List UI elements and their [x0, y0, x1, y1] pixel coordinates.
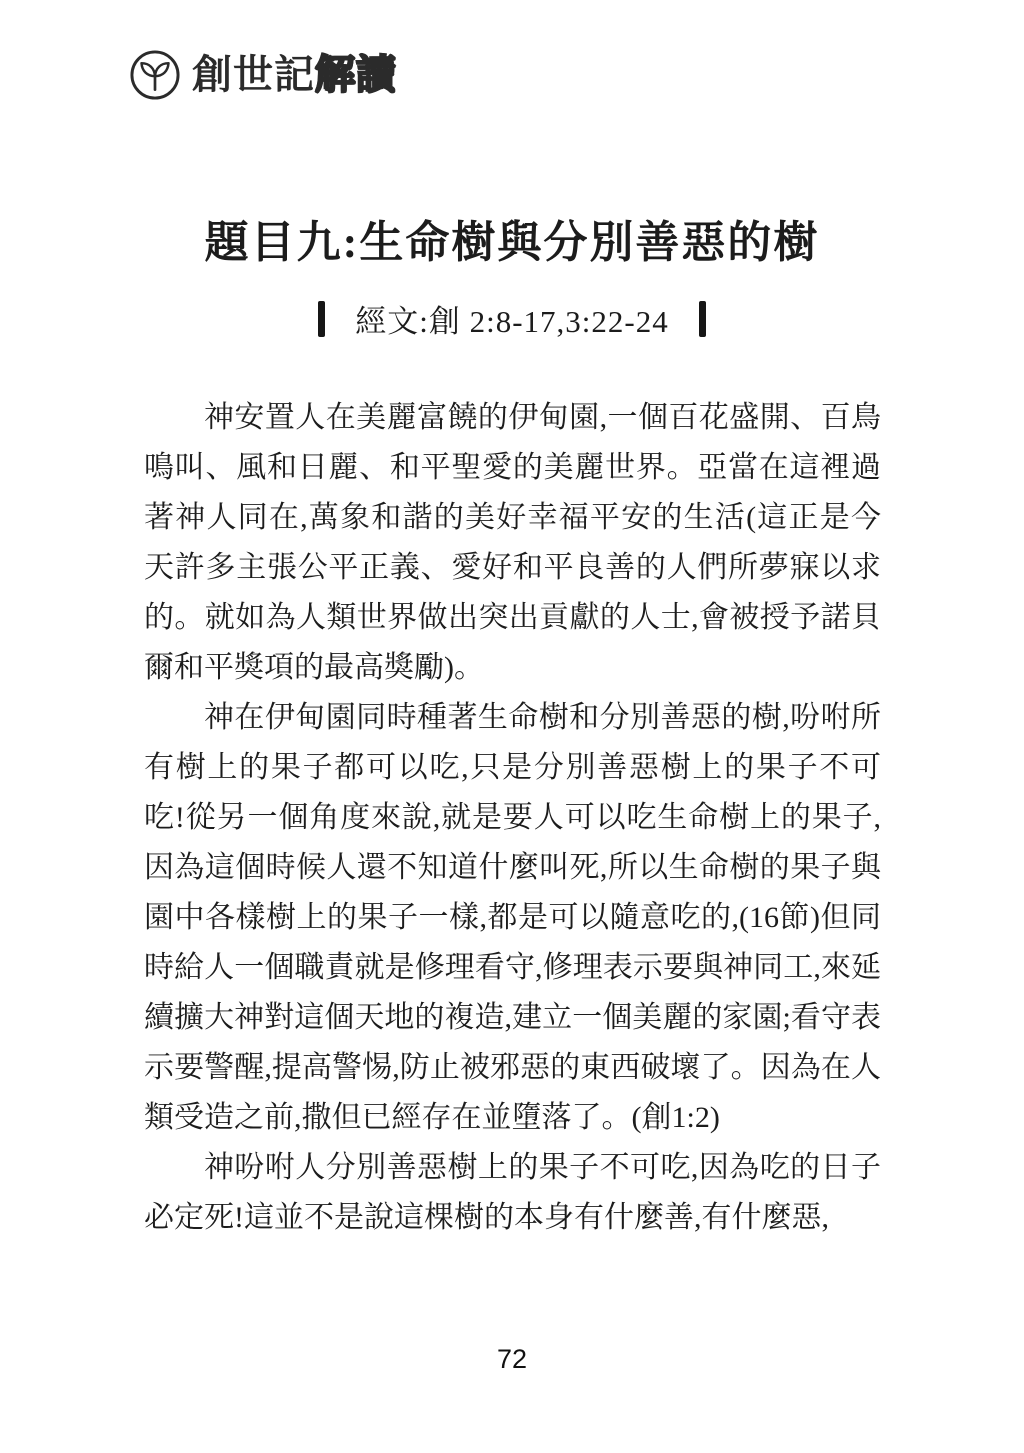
right-bar-mark — [699, 301, 706, 337]
brand-title-solid: 創世記 — [192, 53, 315, 97]
left-bar-mark — [318, 301, 325, 337]
chapter-title: 題目九:生命樹與分別善惡的樹 — [0, 214, 1024, 271]
brand-header: 創世記解讀 — [128, 48, 397, 102]
body-paragraphs: 神安置人在美麗富饒的伊甸園,一個百花盛開、百鳥鳴叫、風和日麗、和平聖愛的美麗世界… — [144, 393, 881, 1243]
brand-title-outline: 解讀 — [315, 53, 397, 97]
scripture-text: 經文:創 2:8-17,3:22-24 — [355, 296, 669, 341]
sprout-icon — [128, 48, 182, 102]
paragraph: 神吩咐人分別善惡樹上的果子不可吃,因為吃的日子必定死!這並不是說這棵樹的本身有什… — [144, 1143, 881, 1243]
brand-title: 創世記解讀 — [192, 55, 397, 95]
paragraph: 神安置人在美麗富饒的伊甸園,一個百花盛開、百鳥鳴叫、風和日麗、和平聖愛的美麗世界… — [144, 393, 881, 693]
scripture-reference: 經文:創 2:8-17,3:22-24 — [0, 296, 1024, 341]
page-number: 72 — [0, 1344, 1024, 1375]
book-page: 創世記解讀 題目九:生命樹與分別善惡的樹 經文:創 2:8-17,3:22-24… — [0, 0, 1024, 1453]
paragraph: 神在伊甸園同時種著生命樹和分別善惡的樹,吩咐所有樹上的果子都可以吃,只是分別善惡… — [144, 693, 881, 1143]
